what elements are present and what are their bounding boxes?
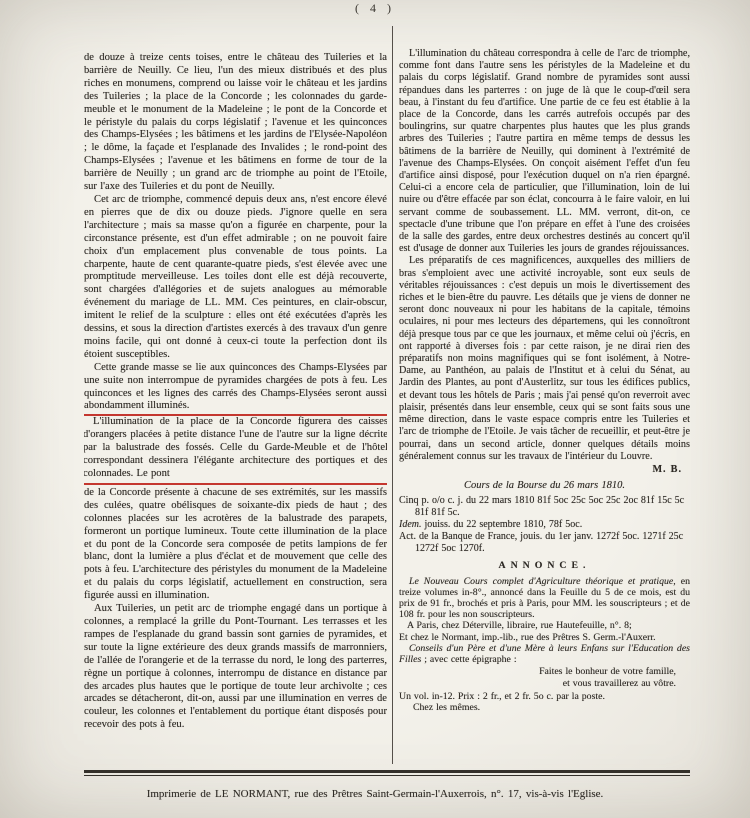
vendor-line: Chez les mêmes.: [399, 702, 690, 713]
annonce-paragraph: Conseils d'un Père et d'une Mère à leurs…: [399, 643, 690, 665]
paragraph-continuation: de douze à treize cents toises, entre le…: [84, 52, 387, 194]
page-number: ( 4 ): [0, 1, 750, 16]
bourse-idem-label: Idem.: [399, 519, 422, 530]
annonce-heading: ANNONCE.: [399, 560, 690, 571]
left-column: de douze à treize cents toises, entre le…: [84, 52, 387, 766]
annonce-paragraph-rest: ; avec cette épigraphe :: [421, 654, 516, 665]
bourse-section: Cours de la Bourse du 26 mars 1810. Cinq…: [399, 480, 690, 554]
price-line: Un vol. in-12. Prix : 2 fr., et 2 fr. 5o…: [399, 691, 690, 702]
paragraph: Les préparatifs de ces magnificences, au…: [399, 255, 690, 462]
paragraph-continuation: de la Concorde présente à chacune de ses…: [84, 487, 387, 603]
paragraph: Cette grande masse se lie aux quinconces…: [84, 362, 387, 414]
bourse-quote-line: Cinq p. o/o c. j. du 22 mars 1810 81f 5o…: [399, 495, 690, 519]
byline: M. B.: [399, 464, 690, 476]
newspaper-page: ( 4 ) de douze à treize cents toises, en…: [0, 0, 750, 818]
paragraph: L'illumination du château correspondra à…: [399, 48, 690, 255]
bourse-quote-line: Act. de la Banque de France, jouis. du 1…: [399, 531, 690, 555]
publisher-address: Et chez le Normant, imp.-lib., rue des P…: [399, 632, 690, 643]
rule-thin: [84, 775, 690, 776]
epigraph-line: Faites le bonheur de votre famille,: [399, 666, 690, 677]
right-column: L'illumination du château correspondra à…: [399, 48, 690, 766]
printer-imprint: Imprimerie de LE NORMANT, rue des Prêtre…: [0, 788, 750, 800]
bottom-double-rule: [84, 770, 690, 776]
book-title: Le Nouveau Cours complet d'Agriculture t…: [409, 576, 673, 587]
publisher-address: A Paris, chez Déterville, libraire, rue …: [399, 620, 690, 631]
paragraph: Aux Tuileries, un petit arc de triomphe …: [84, 603, 387, 732]
column-divider-rule: [392, 26, 393, 764]
highlighted-paragraph: L'illumination de la place de la Concord…: [84, 416, 387, 481]
paragraph: Cet arc de triomphe, commencé depuis deu…: [84, 194, 387, 362]
rule-thick: [84, 770, 690, 773]
bourse-quote-line: Idem. jouiss. du 22 septembre 1810, 78f …: [399, 519, 690, 531]
red-highlight-annotation: L'illumination de la place de la Concord…: [84, 414, 387, 485]
bourse-heading: Cours de la Bourse du 26 mars 1810.: [399, 480, 690, 492]
annonce-paragraph: Le Nouveau Cours complet d'Agriculture t…: [399, 576, 690, 621]
bourse-idem-rest: jouiss. du 22 septembre 1810, 78f 5oc.: [422, 519, 583, 530]
annonce-section: ANNONCE. Le Nouveau Cours complet d'Agri…: [399, 560, 690, 713]
epigraph-line: et vous travaillerez au vôtre.: [399, 678, 690, 689]
